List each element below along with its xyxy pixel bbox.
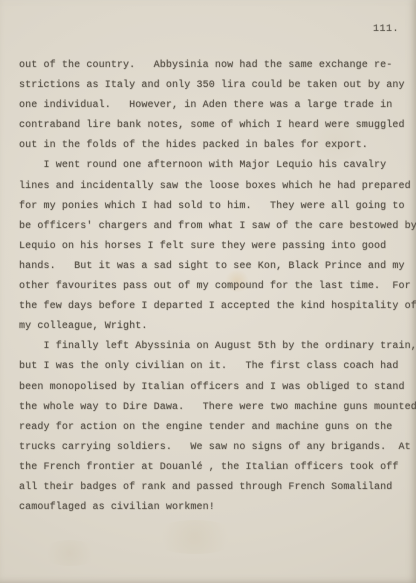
typed-line: the few days before I departed I accepte… — [19, 297, 413, 317]
typed-line: my colleague, Wright. — [19, 317, 413, 337]
typed-line: contraband lire bank notes, some of whic… — [19, 116, 413, 136]
typed-line: I went round one afternoon with Major Le… — [19, 156, 413, 176]
typed-line: the French frontier at Douanlé , the Ita… — [19, 458, 413, 478]
typescript-body: out of the country. Abbysinia now had th… — [19, 56, 413, 518]
typed-line: camouflaged as civilian workmen! — [19, 498, 413, 518]
paper-stain — [40, 540, 100, 566]
typed-line: strictions as Italy and only 350 lira co… — [19, 76, 413, 96]
typed-line: Lequio on his horses I felt sure they we… — [19, 237, 413, 257]
typed-line: lines and incidentally saw the loose box… — [19, 177, 413, 197]
typed-line: all their badges of rank and passed thro… — [19, 478, 413, 498]
typed-line: the whole way to Dire Dawa. There were t… — [19, 398, 413, 418]
typed-line: but I was the only civilian on it. The f… — [19, 357, 413, 377]
typed-line: been monopolised by Italian officers and… — [19, 378, 413, 398]
typed-line: other favourites pass out of my compound… — [19, 277, 413, 297]
page-number: 111. — [373, 24, 399, 35]
typed-line: out in the folds of the hides packed in … — [19, 136, 413, 156]
typed-line: I finally left Abyssinia on August 5th b… — [19, 337, 413, 357]
document-page: 111. out of the country. Abbysinia now h… — [0, 0, 416, 583]
typed-line: hands. But it was a sad sight to see Kon… — [19, 257, 413, 277]
typed-line: out of the country. Abbysinia now had th… — [19, 56, 413, 76]
typed-line: one individual. However, in Aden there w… — [19, 96, 413, 116]
paper-stain — [150, 520, 240, 554]
typed-line: for my ponies which I had sold to him. T… — [19, 197, 413, 217]
typed-line: trucks carrying soldiers. We saw no sign… — [19, 438, 413, 458]
typed-line: be officers' chargers and from what I sa… — [19, 217, 413, 237]
typed-line: ready for action on the engine tender an… — [19, 418, 413, 438]
